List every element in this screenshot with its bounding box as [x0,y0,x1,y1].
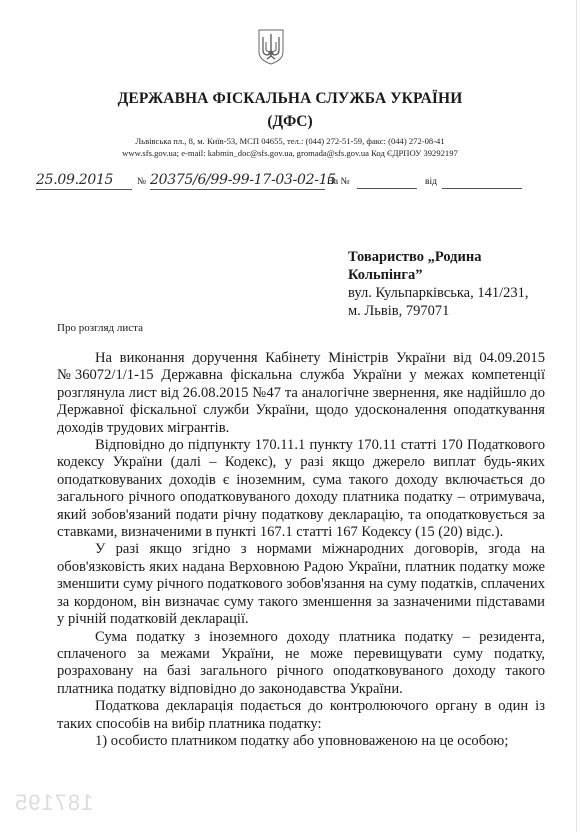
org-name: ДЕРЖАВНА ФІСКАЛЬНА СЛУЖБА УКРАЇНИ [0,90,580,108]
reference-date-blank [442,188,522,189]
recipient-street: вул. Кульпарківська, 141/231, [348,284,529,302]
recipient-name-line-2: Кольпінга” [348,266,529,284]
org-abbreviation: (ДФС) [0,113,580,131]
recipient-block: Товариство „Родина Кольпінга” вул. Кульп… [348,248,529,320]
bleed-through-number: 187195 [14,790,93,816]
recipient-name-line-1: Товариство „Родина [348,248,529,266]
letter-body: На виконання доручення Кабінету Міністрі… [57,350,545,750]
registration-line: 25.09.2015 № 20375/6/99-99-17-03-02-15 Н… [0,168,580,194]
reference-number-blank [357,188,417,189]
letter-subject: Про розгляд листа [57,322,143,334]
web-email-line: www.sfs.gov.ua; e-mail: kabmin_doc@sfs.g… [0,147,580,159]
reference-number-label: На № [327,177,350,187]
body-paragraph: Відповідно до підпункту 170.11.1 пункту … [57,437,545,541]
number-label: № [137,177,146,187]
body-paragraph: Сума податку з іноземного доходу платник… [57,629,545,699]
recipient-city: м. Львів, 797071 [348,302,529,320]
org-contacts: Львівська пл., 8, м. Київ-53, МСП 04655,… [0,135,580,159]
body-paragraph: На виконання доручення Кабінету Міністрі… [57,350,545,437]
reference-date-label: від [425,177,437,187]
outgoing-number: 20375/6/99-99-17-03-02-15 [150,172,325,190]
outgoing-date: 25.09.2015 [36,172,132,190]
body-paragraph: Податкова декларація подається до контро… [57,698,545,733]
body-paragraph: У разі якщо згідно з нормами міжнародних… [57,541,545,628]
ukraine-trident-crest-icon [257,28,285,66]
address-line: Львівська пл., 8, м. Київ-53, МСП 04655,… [0,135,580,147]
body-list-item: 1) особисто платником податку або уповно… [57,733,545,750]
